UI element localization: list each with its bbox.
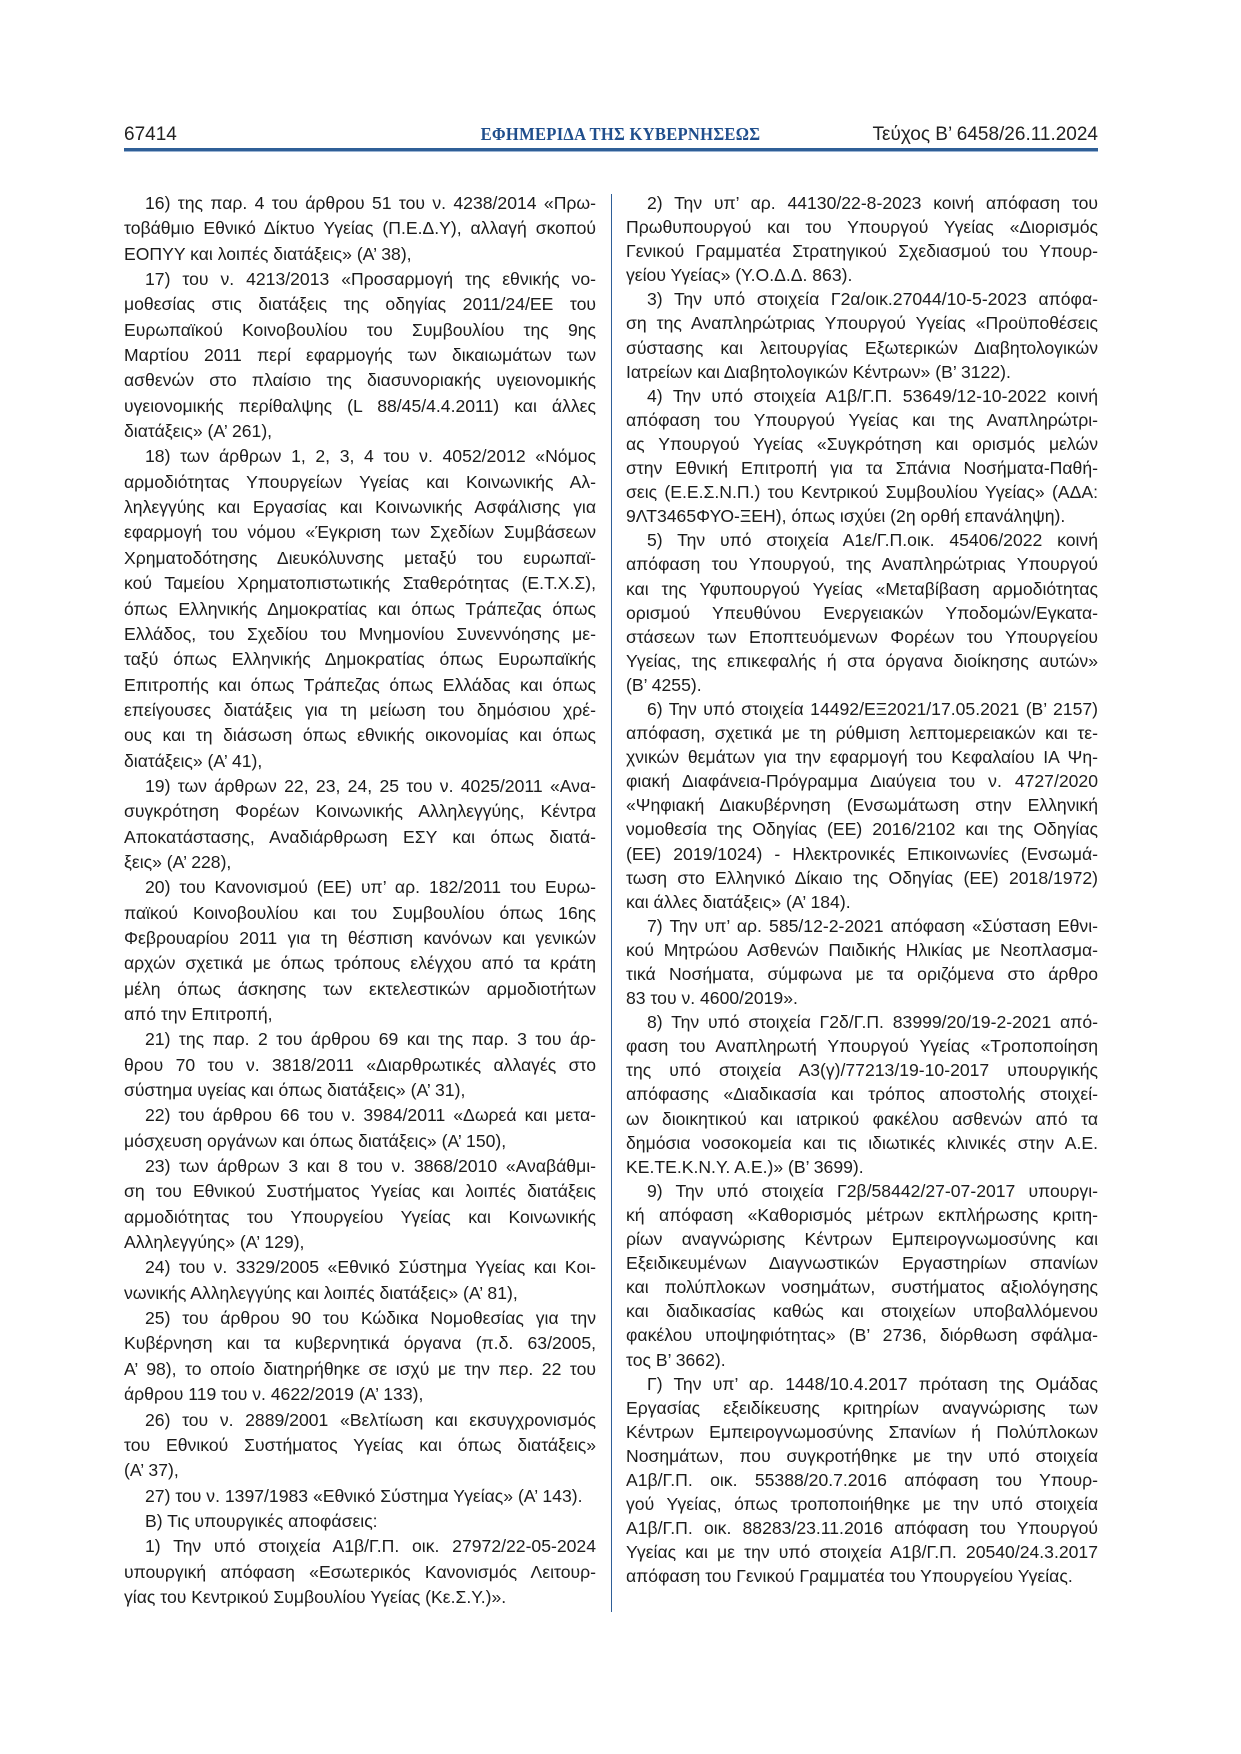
text-line: απόφαση, σχετικά με τη ρύθμιση λεπτομερε…	[626, 721, 1098, 745]
text-line: μόσχευση οργάνων και όπως διατάξεις» (Α’…	[124, 1129, 596, 1154]
text-line: Φεβρουαρίου 2011 για τη θέσπιση κανόνων …	[124, 926, 596, 951]
text-line: Υγείας, της επικεφαλής ή στα όργανα διοί…	[626, 649, 1098, 673]
text-line: 9) Την υπό στοιχεία Γ2β/58442/27-07-2017…	[626, 1179, 1098, 1203]
text-line: από την Επιτροπή,	[124, 1002, 596, 1027]
text-line: Νοσημάτων, που συγκροτήθηκε με την υπό σ…	[626, 1444, 1098, 1468]
text-line: 25) του άρθρου 90 του Κώδικα Νομοθεσίας …	[124, 1306, 596, 1331]
text-line: Γ) Την υπ’ αρ. 1448/10.4.2017 πρόταση τη…	[626, 1372, 1098, 1396]
text-line: 2) Την υπ’ αρ. 44130/22-8-2023 κοινή από…	[626, 191, 1098, 215]
text-line: ας Υπουργού Υγείας «Συγκρότηση και ορισμ…	[626, 432, 1098, 456]
text-line: Κέντρων Εμπειρογνωμοσύνης Σπανίων ή Πολύ…	[626, 1420, 1098, 1444]
text-line: σύστημα υγείας και όπως διατάξεις» (Α’ 3…	[124, 1078, 596, 1103]
text-line: διατάξεις» (Α’ 261),	[124, 419, 596, 444]
text-line: μέλη όπως άσκησης των εκτελεστικών αρμοδ…	[124, 977, 596, 1002]
text-line: φακέλου υποψηφιότητας» (Β’ 2736, διόρθωσ…	[626, 1323, 1098, 1347]
text-line: 26) του ν. 2889/2001 «Βελτίωση και εκσυγ…	[124, 1408, 596, 1433]
text-line: κού Ταμείου Χρηματοπιστωτικής Σταθερότητ…	[124, 571, 596, 596]
text-line: και άλλες διατάξεις» (Α’ 184).	[626, 890, 1098, 914]
text-line: υγειονομικής περίθαλψης (L 88/45/4.4.201…	[124, 394, 596, 419]
column-divider	[611, 194, 612, 1612]
text-line: Πρωθυπουργού και του Υπουργού Υγείας «Δι…	[626, 215, 1098, 239]
text-line: 3) Την υπό στοιχεία Γ2α/οικ.27044/10-5-2…	[626, 287, 1098, 311]
text-line: τικά Νοσήματα, σύμφωνα με τα οριζόμενα σ…	[626, 962, 1098, 986]
text-line: απόφασης «Διαδικασία και τρόπος αποστολή…	[626, 1082, 1098, 1106]
text-line: αρχών σχετικά με όπως τρόπους ελέγχου απ…	[124, 951, 596, 976]
text-line: θρου 70 του ν. 3818/2011 «Διαρθρωτικές α…	[124, 1053, 596, 1078]
text-line: νωνικής Αλληλεγγύης και λοιπές διατάξεις…	[124, 1281, 596, 1306]
text-line: 9ΛΤ3465ΦΥΟ-ΞΕΗ), όπως ισχύει (2η ορθή επ…	[626, 504, 1098, 528]
text-line: 7) Την υπ’ αρ. 585/12-2-2021 απόφαση «Σύ…	[626, 914, 1098, 938]
text-line: ξεις» (Α’ 228),	[124, 850, 596, 875]
text-line: (ΕΕ) 2019/1024) - Ηλεκτρονικές Επικοινων…	[626, 842, 1098, 866]
text-line: Α’ 98), το οποίο διατηρήθηκε σε ισχύ με …	[124, 1357, 596, 1382]
text-line: σύστασης και λειτουργίας Εξωτερικών Διαβ…	[626, 336, 1098, 360]
issue-info: Τεύχος Β’ 6458/26.11.2024	[872, 124, 1098, 146]
text-line: Ευρωπαϊκού Κοινοβουλίου του Συμβουλίου τ…	[124, 318, 596, 343]
text-line: απόφαση του Γενικού Γραμματέα του Υπουργ…	[626, 1564, 1098, 1588]
text-line: ους και τη διάσωση όπως εθνικής οικονομί…	[124, 723, 596, 748]
text-line: επείγουσες διατάξεις για τη μείωση του δ…	[124, 698, 596, 723]
text-line: αρμοδιότητας Υπουργείων Υγείας και Κοινω…	[124, 470, 596, 495]
text-line: 16) της παρ. 4 του άρθρου 51 του ν. 4238…	[124, 191, 596, 216]
text-line: Κυβέρνηση και τα κυβερνητικά όργανα (π.δ…	[124, 1331, 596, 1356]
text-line: «Ψηφιακή Διακυβέρνηση (Ενσωμάτωση στην Ε…	[626, 793, 1098, 817]
header-rule	[124, 148, 1098, 152]
text-line: στην Εθνική Επιτροπή για τα Σπάνια Νοσήμ…	[626, 456, 1098, 480]
text-line: Εργασίας εξειδίκευσης κριτηρίων αναγνώρι…	[626, 1396, 1098, 1420]
text-line: κού Μητρώου Ασθενών Παιδικής Ηλικίας με …	[626, 938, 1098, 962]
text-line: τωση στο Ελληνικό Δίκαιο της Οδηγίας (ΕΕ…	[626, 866, 1098, 890]
text-line: διατάξεις» (Α’ 41),	[124, 749, 596, 774]
text-line: γίας του Κεντρικού Συμβουλίου Υγείας (Κε…	[124, 1585, 596, 1610]
text-line: 21) της παρ. 2 του άρθρου 69 και της παρ…	[124, 1027, 596, 1052]
text-line: υπουργική απόφαση «Εσωτερικός Κανονισμός…	[124, 1560, 596, 1585]
text-line: και διαδικασίας καθώς και στοιχείων υποβ…	[626, 1299, 1098, 1323]
text-line: Χρηματοδότησης Διευκόλυνσης μεταξύ του ε…	[124, 546, 596, 571]
text-line: Επιτροπής και όπως Τράπεζας όπως Ελλάδας…	[124, 673, 596, 698]
text-line: Ιατρείων και Διαβητολογικών Κέντρων» (Β’…	[626, 360, 1098, 384]
text-line: 18) των άρθρων 1, 2, 3, 4 του ν. 4052/20…	[124, 444, 596, 469]
text-line: ορισμού Υπευθύνου Ενεργειακών Υποδομών/Ε…	[626, 601, 1098, 625]
text-line: ρίων αναγνώρισης Κέντρων Εμπειρογνωμοσύν…	[626, 1227, 1098, 1251]
text-line: 22) του άρθρου 66 του ν. 3984/2011 «Δωρε…	[124, 1103, 596, 1128]
text-line: 24) του ν. 3329/2005 «Εθνικό Σύστημα Υγε…	[124, 1255, 596, 1280]
text-line: νομοθεσία της Οδηγίας (ΕΕ) 2016/2102 και…	[626, 817, 1098, 841]
text-line: Μαρτίου 2011 περί εφαρμογής των δικαιωμά…	[124, 343, 596, 368]
text-line: σεις (Ε.Ε.Σ.Ν.Π.) του Κεντρικού Συμβουλί…	[626, 480, 1098, 504]
text-line: τοβάθμιο Εθνικό Δίκτυο Υγείας (Π.Ε.Δ.Υ),…	[124, 216, 596, 241]
text-line: Α1β/Γ.Π. οικ. 55388/20.7.2016 απόφαση το…	[626, 1468, 1098, 1492]
text-line: χνικών θεμάτων για την εφαρμογή του Κεφα…	[626, 745, 1098, 769]
text-line: 27) του ν. 1397/1983 «Εθνικό Σύστημα Υγε…	[124, 1484, 596, 1509]
text-line: 20) του Κανονισμού (ΕΕ) υπ’ αρ. 182/2011…	[124, 875, 596, 900]
text-line: Αποκατάστασης, Αναδιάρθρωση ΕΣΥ και όπως…	[124, 825, 596, 850]
text-line: γού Υγείας, όπως τροποποιήθηκε με την υπ…	[626, 1492, 1098, 1516]
text-line: στάσεων των Εποπτευόμενων Φορέων του Υπο…	[626, 625, 1098, 649]
text-line: αρμοδιότητας του Υπουργείου Υγείας και Κ…	[124, 1205, 596, 1230]
text-line: απόφαση του Υπουργού Υγείας και της Αναπ…	[626, 408, 1098, 432]
text-line: κή απόφαση «Καθορισμός μέτρων εκπλήρωσης…	[626, 1203, 1098, 1227]
text-line: Ελλάδος, του Σχεδίου του Μνημονίου Συνεν…	[124, 622, 596, 647]
text-line: φιακή Διαφάνεια-Πρόγραμμα Διαύγεια του ν…	[626, 769, 1098, 793]
text-line: ση της Αναπληρώτριας Υπουργού Υγείας «Πρ…	[626, 311, 1098, 335]
text-line: ων διοικητικού και ιατρικού φακέλου ασθε…	[626, 1107, 1098, 1131]
text-line: τος Β’ 3662).	[626, 1348, 1098, 1372]
text-line: ΕΟΠΥΥ και λοιπές διατάξεις» (Α’ 38),	[124, 242, 596, 267]
text-line: Υγείας και με την υπό στοιχεία Α1β/Γ.Π. …	[626, 1540, 1098, 1564]
text-line: του Εθνικού Συστήματος Υγείας και όπως δ…	[124, 1433, 596, 1458]
text-line: 19) των άρθρων 22, 23, 24, 25 του ν. 402…	[124, 774, 596, 799]
text-line: μοθεσίας στις διατάξεις της οδηγίας 2011…	[124, 292, 596, 317]
text-line: γείου Υγείας» (Υ.Ο.Δ.Δ. 863).	[626, 263, 1098, 287]
text-line: ΚΕ.ΤΕ.Κ.Ν.Υ. Α.Ε.)» (Β’ 3699).	[626, 1155, 1098, 1179]
text-line: 8) Την υπό στοιχεία Γ2δ/Γ.Π. 83999/20/19…	[626, 1010, 1098, 1034]
text-line: άρθρου 119 του ν. 4622/2019 (Α’ 133),	[124, 1382, 596, 1407]
text-line: 5) Την υπό στοιχεία Α1ε/Γ.Π.οικ. 45406/2…	[626, 528, 1098, 552]
text-line: 1) Την υπό στοιχεία Α1β/Γ.Π. οικ. 27972/…	[124, 1534, 596, 1559]
text-line: (Β’ 4255).	[626, 673, 1098, 697]
text-line: Αλληλεγγύης» (Α’ 129),	[124, 1230, 596, 1255]
text-line: της υπό στοιχεία Α3(γ)/77213/19-10-2017 …	[626, 1058, 1098, 1082]
text-line: 83 του ν. 4600/2019».	[626, 986, 1098, 1010]
text-line: 6) Την υπό στοιχεία 14492/ΕΞ2021/17.05.2…	[626, 697, 1098, 721]
text-line: και πολύπλοκων νοσημάτων, συστήματος αξι…	[626, 1275, 1098, 1299]
text-line: ληλεγγύης και Εργασίας και Κοινωνικής Ασ…	[124, 495, 596, 520]
text-line: συγκρότηση Φορέων Κοινωνικής Αλληλεγγύης…	[124, 799, 596, 824]
left-column: 16) της παρ. 4 του άρθρου 51 του ν. 4238…	[124, 191, 596, 1610]
text-line: όπως Ελληνικής Δημοκρατίας και όπως Τράπ…	[124, 597, 596, 622]
text-line: Β) Τις υπουργικές αποφάσεις:	[124, 1509, 596, 1534]
text-line: παϊκού Κοινοβουλίου και του Συμβουλίου ό…	[124, 901, 596, 926]
text-line: Γενικού Γραμματέα Στρατηγικού Σχεδιασμού…	[626, 239, 1098, 263]
text-line: και της Υφυπουργού Υγείας «Μεταβίβαση αρ…	[626, 577, 1098, 601]
text-line: Α1β/Γ.Π. οικ. 88283/23.11.2016 απόφαση τ…	[626, 1516, 1098, 1540]
text-line: φαση του Αναπληρωτή Υπουργού Υγείας «Τρο…	[626, 1034, 1098, 1058]
text-line: ση του Εθνικού Συστήματος Υγείας και λοι…	[124, 1179, 596, 1204]
text-line: δημόσια νοσοκομεία και τις ιδιωτικές κλι…	[626, 1131, 1098, 1155]
text-line: 23) των άρθρων 3 και 8 του ν. 3868/2010 …	[124, 1154, 596, 1179]
text-line: 4) Την υπό στοιχεία Α1β/Γ.Π. 53649/12-10…	[626, 384, 1098, 408]
text-line: ασθενών στο πλαίσιο της διασυνοριακής υγ…	[124, 368, 596, 393]
text-line: 17) του ν. 4213/2013 «Προσαρμογή της εθν…	[124, 267, 596, 292]
text-line: ταξύ όπως Ελληνικής Δημοκρατίας όπως Ευρ…	[124, 647, 596, 672]
right-column: 2) Την υπ’ αρ. 44130/22-8-2023 κοινή από…	[626, 191, 1098, 1588]
text-line: απόφαση του Υπουργού, της Αναπληρώτριας …	[626, 552, 1098, 576]
text-line: (Α’ 37),	[124, 1458, 596, 1483]
text-line: εφαρμογή του νόμου «Έγκριση των Σχεδίων …	[124, 520, 596, 545]
text-line: Εξειδικευμένων Διαγνωστικών Εργαστηρίων …	[626, 1251, 1098, 1275]
